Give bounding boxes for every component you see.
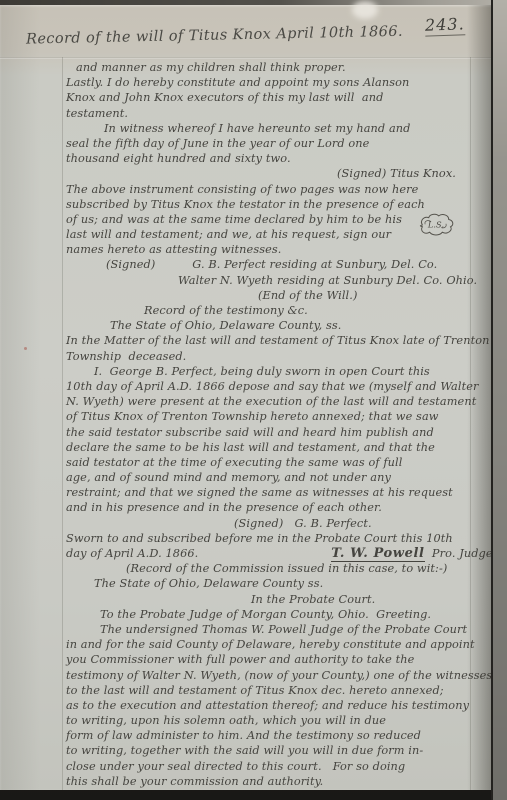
manuscript-line: testimony of Walter N. Wyeth, (now of yo…	[66, 668, 470, 683]
manuscript-line: Lastly. I do hereby constitute and appoi…	[66, 75, 470, 90]
manuscript-line: The undersigned Thomas W. Powell Judge o…	[66, 622, 470, 637]
manuscript-line: (Signed) G. B. Perfect.	[66, 516, 470, 531]
manuscript-line: close under your seal directed to this c…	[66, 759, 470, 774]
svg-text:L.S.: L.S.	[427, 220, 444, 230]
manuscript-line: of Titus Knox of Trenton Township hereto…	[66, 409, 470, 424]
manuscript-line: Sworn to and subscribed before me in the…	[66, 531, 470, 546]
manuscript-body: and manner as my children shall think pr…	[66, 60, 470, 786]
manuscript-line: seal the fifth day of June in the year o…	[66, 136, 470, 151]
manuscript-line: Record of the testimony &c.	[66, 303, 470, 318]
manuscript-line: in and for the said County of Delaware, …	[66, 637, 470, 652]
manuscript-line: to writing, upon his solemn oath, which …	[66, 713, 470, 728]
manuscript-line: N. Wyeth) were present at the execution …	[66, 394, 470, 409]
page-title: Record of the will of Titus Knox April 1…	[26, 22, 466, 47]
manuscript-line: names hereto as attesting witnesses.	[66, 242, 470, 257]
manuscript-line: thousand eight hundred and sixty two.	[66, 151, 470, 166]
manuscript-line: to writing, together with the said will …	[66, 743, 470, 758]
manuscript-line: The State of Ohio, Delaware County ss.	[66, 576, 470, 591]
manuscript-line: (Record of the Commission issued in this…	[66, 561, 470, 576]
manuscript-line: The above instrument consisting of two p…	[66, 182, 470, 197]
manuscript-line: I. George B. Perfect, being duly sworn i…	[66, 364, 470, 379]
manuscript-line: the said testator subscribe said will an…	[66, 425, 470, 440]
manuscript-line: restraint; and that we signed the same a…	[66, 485, 470, 500]
manuscript-line: Township deceased.	[66, 349, 470, 364]
manuscript-line: To the Probate Judge of Morgan County, O…	[66, 607, 470, 622]
manuscript-line: The State of Ohio, Delaware County, ss.	[66, 318, 470, 333]
manuscript-line: this shall be your commission and author…	[66, 774, 470, 789]
seal-scribble-icon: L.S.	[416, 182, 456, 268]
manuscript-line: (Signed) G. B. Perfect residing at Sunbu…	[66, 257, 470, 272]
manuscript-line: day of April A.D. 1866. T. W. Powell Pro…	[66, 546, 470, 561]
right-margin-line	[470, 57, 471, 790]
manuscript-line: as to the execution and attestation ther…	[66, 698, 470, 713]
manuscript-line: you Commissioner with full power and aut…	[66, 652, 470, 667]
ledger-paper: 243. Record of the will of Titus Knox Ap…	[0, 5, 493, 790]
manuscript-line: testament.	[66, 106, 470, 121]
manuscript-line: In witness whereof I have hereunto set m…	[66, 121, 470, 136]
manuscript-line: (Signed) Titus Knox. L.S.	[66, 166, 470, 181]
scanned-ledger-page: 243. Record of the will of Titus Knox Ap…	[0, 0, 507, 800]
manuscript-line: declare the same to be his last will and…	[66, 440, 470, 455]
paper-speck	[24, 347, 27, 350]
manuscript-line: age, and of sound mind and memory, and n…	[66, 470, 470, 485]
manuscript-line: Knox and John Knox executors of this my …	[66, 90, 470, 105]
manuscript-line: of us; and was at the same time declared…	[66, 212, 470, 227]
paper-blemish	[352, 1, 378, 19]
left-margin-line	[62, 57, 63, 790]
manuscript-line: In the Matter of the last will and testa…	[66, 333, 470, 348]
manuscript-line: last will and testament; and we, at his …	[66, 227, 470, 242]
manuscript-line: said testator at the time of executing t…	[66, 455, 470, 470]
header-rule	[0, 57, 493, 59]
manuscript-line: (End of the Will.)	[66, 288, 470, 303]
manuscript-line: and in his presence and in the presence …	[66, 500, 470, 515]
manuscript-line: and manner as my children shall think pr…	[66, 60, 470, 75]
manuscript-line: In the Probate Court.	[66, 592, 470, 607]
manuscript-line: Walter N. Wyeth residing at Sunbury Del.…	[66, 273, 470, 288]
manuscript-line: form of law administer to him. And the t…	[66, 728, 470, 743]
book-binding-edge	[491, 0, 507, 800]
manuscript-line: to the last will and testament of Titus …	[66, 683, 470, 698]
manuscript-line: subscribed by Titus Knox the testator in…	[66, 197, 470, 212]
manuscript-line: 10th day of April A.D. 1866 depose and s…	[66, 379, 470, 394]
